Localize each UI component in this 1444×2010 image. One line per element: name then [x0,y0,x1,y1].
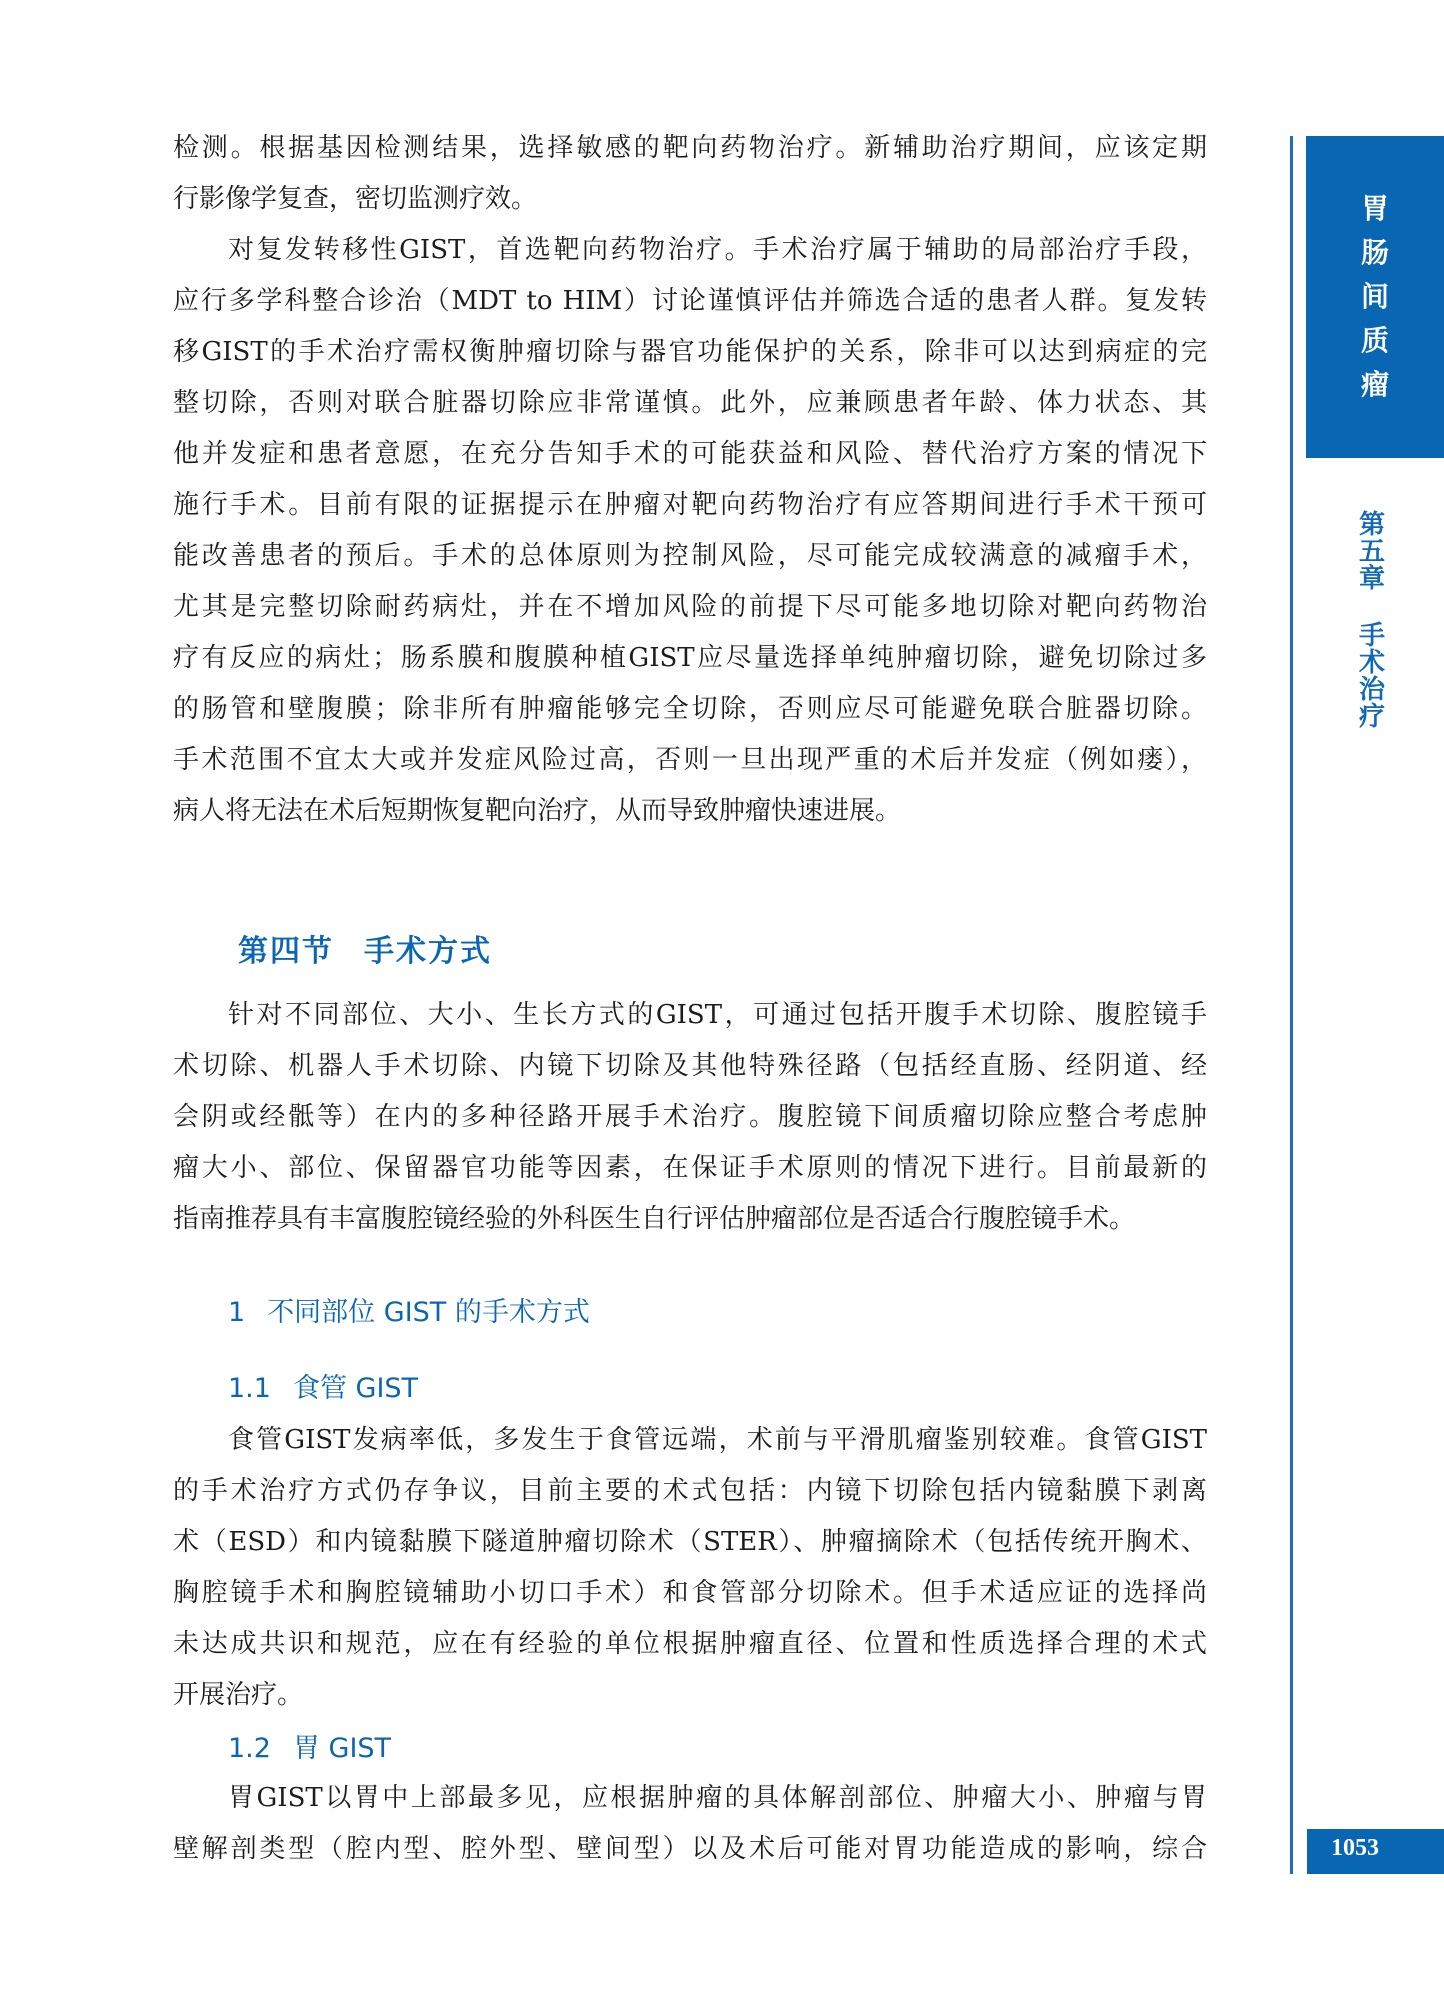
page-number-box: 1053 [1307,1829,1444,1874]
chapter-title-char: 治 [1359,677,1385,704]
paragraph-4-line: 开展治疗。 [173,1675,1207,1715]
paragraph-3-line: 针对不同部位、大小、生长方式的GIST，可通过包括开腹手术切除、腹腔镜手 [228,995,1207,1035]
subsection-number: 1.1 [228,1373,271,1404]
paragraph-1-line: 行影像学复查，密切监测疗效。 [173,179,1207,219]
book-title-char: 肠 [1361,231,1389,275]
paragraph-4-line: 食管GIST发病率低，多发生于食管远端，术前与平滑肌瘤鉴别较难。食管GIST [228,1420,1207,1460]
paragraph-3-line: 会阴或经骶等）在内的多种径路开展手术治疗。腹腔镜下间质瘤切除应整合考虑肿 [173,1097,1207,1137]
paragraph-5-line: 胃GIST以胃中上部最多见，应根据肿瘤的具体解剖部位、肿瘤大小、肿瘤与胃 [228,1778,1207,1818]
chapter-title-char: 术 [1359,650,1385,677]
paragraph-3-line: 术切除、机器人手术切除、内镜下切除及其他特殊径路（包括经直肠、经阴道、经 [173,1046,1207,1086]
subsection-heading-1-2: 1.2胃 GIST [228,1726,391,1765]
margin-rule [1290,136,1293,1874]
paragraph-2-line: 对复发转移性GIST，首选靶向药物治疗。手术治疗属于辅助的局部治疗手段， [228,230,1207,270]
book-page: 检测。根据基因检测结果，选择敏感的靶向药物治疗。新辅助治疗期间，应该定期 行影像… [0,0,1444,2010]
chapter-char: 五 [1359,539,1385,566]
paragraph-3-line: 指南推荐具有丰富腹腔镜经验的外科医生自行评估肿瘤部位是否适合行腹腔镜手术。 [173,1199,1207,1239]
paragraph-1-line: 检测。根据基因检测结果，选择敏感的靶向药物治疗。新辅助治疗期间，应该定期 [173,128,1207,168]
paragraph-5-line: 壁解剖类型（腔内型、腔外型、壁间型）以及术后可能对胃功能造成的影响，综合 [173,1829,1207,1869]
book-title-tab: 胃 肠 间 质 瘤 [1306,136,1444,458]
book-title-char: 质 [1361,319,1389,363]
paragraph-2-line: 手术范围不宜太大或并发症风险过高，否则一旦出现严重的术后并发症（例如瘘）， [173,740,1207,780]
chapter-running-head: 第 五 章 手 术 治 疗 [1352,512,1392,731]
paragraph-2-line: 的肠管和壁腹膜；除非所有肿瘤能够完全切除，否则应尽可能避免联合脏器切除。 [173,689,1207,729]
paragraph-2-line: 尤其是完整切除耐药病灶，并在不增加风险的前提下尽可能多地切除对靶向药物治 [173,587,1207,627]
subsection-title: 不同部位 GIST 的手术方式 [267,1297,590,1328]
paragraph-2-line: 应行多学科整合诊治（MDT to HIM）讨论谨慎评估并筛选合适的患者人群。复发… [173,281,1207,321]
paragraph-4-line: 术（ESD）和内镜黏膜下隧道肿瘤切除术（STER）、肿瘤摘除术（包括传统开胸术、 [173,1522,1207,1562]
chapter-char: 第 [1359,512,1385,539]
subsection-title: 胃 GIST [293,1733,391,1764]
book-title-char: 胃 [1361,187,1389,231]
paragraph-2-line: 移GIST的手术治疗需权衡肿瘤切除与器官功能保护的关系，除非可以达到病症的完 [173,332,1207,372]
subsection-title: 食管 GIST [293,1373,418,1404]
section-label: 第四节 [238,934,334,969]
paragraph-2-line: 他并发症和患者意愿，在充分告知手术的可能获益和风险、替代治疗方案的情况下 [173,434,1207,474]
paragraph-4-line: 胸腔镜手术和胸腔镜辅助小切口手术）和食管部分切除术。但手术适应证的选择尚 [173,1573,1207,1613]
paragraph-2-line: 能改善患者的预后。手术的总体原则为控制风险，尽可能完成较满意的减瘤手术， [173,536,1207,576]
chapter-title-char: 疗 [1359,704,1385,731]
paragraph-2-line: 疗有反应的病灶；肠系膜和腹膜种植GIST应尽量选择单纯肿瘤切除，避免切除过多 [173,638,1207,678]
subsection-heading-1: 1不同部位 GIST 的手术方式 [228,1290,590,1329]
paragraph-2-line: 整切除，否则对联合脏器切除应非常谨慎。此外，应兼顾患者年龄、体力状态、其 [173,383,1207,423]
chapter-char: 章 [1359,566,1385,593]
section-title: 手术方式 [364,934,492,969]
subsection-number: 1 [228,1297,245,1328]
paragraph-2-line: 病人将无法在术后短期恢复靶向治疗，从而导致肿瘤快速进展。 [173,791,1207,831]
paragraph-2-line: 施行手术。目前有限的证据提示在肿瘤对靶向药物治疗有应答期间进行手术干预可 [173,485,1207,525]
paragraph-4-line: 的手术治疗方式仍存争议，目前主要的术式包括：内镜下切除包括内镜黏膜下剥离 [173,1471,1207,1511]
paragraph-3-line: 瘤大小、部位、保留器官功能等因素，在保证手术原则的情况下进行。目前最新的 [173,1148,1207,1188]
subsection-number: 1.2 [228,1733,271,1764]
paragraph-4-line: 未达成共识和规范，应在有经验的单位根据肿瘤直径、位置和性质选择合理的术式 [173,1624,1207,1664]
subsection-heading-1-1: 1.1食管 GIST [228,1366,418,1405]
book-title-char: 瘤 [1361,363,1389,407]
chapter-title-char: 手 [1359,623,1385,650]
book-title-char: 间 [1361,275,1389,319]
section-heading: 第四节手术方式 [238,926,492,970]
page-number: 1053 [1331,1835,1379,1862]
